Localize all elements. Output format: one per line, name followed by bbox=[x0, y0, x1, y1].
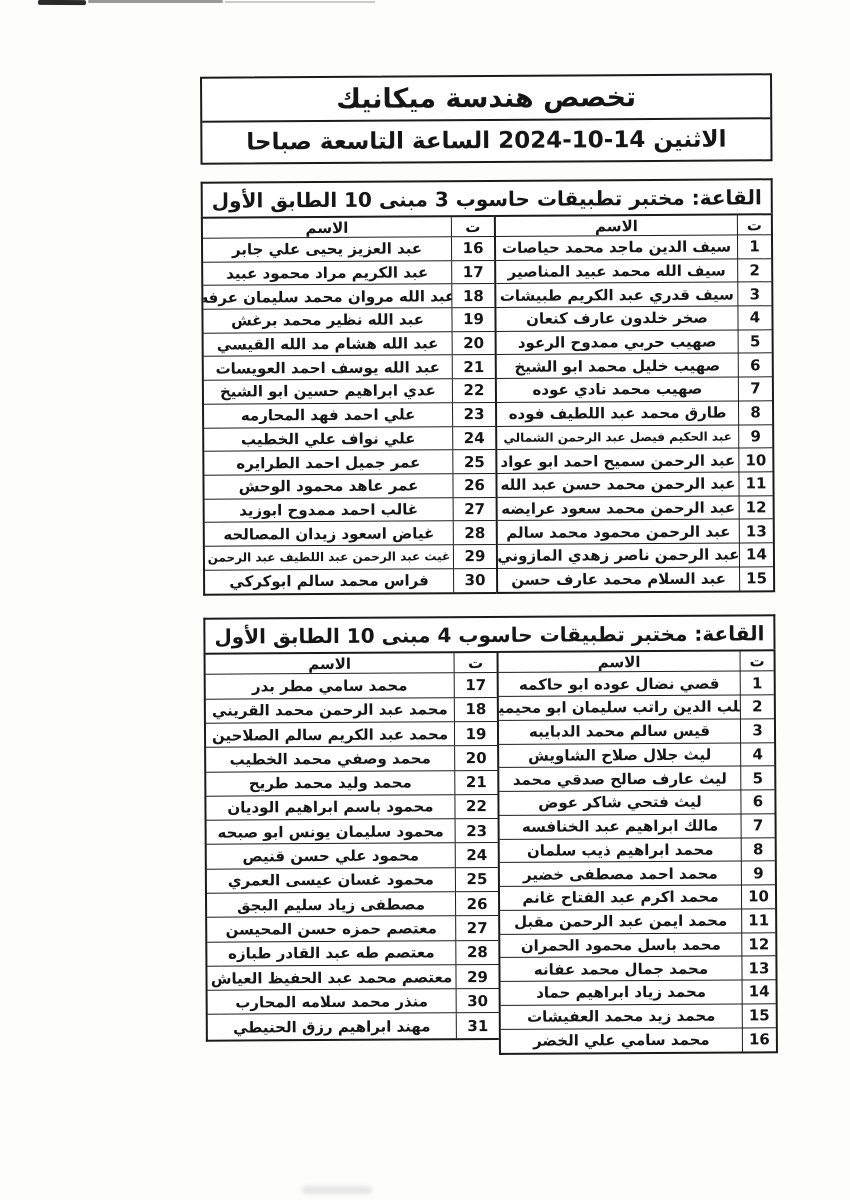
table-row: 25عمر جميل احمد الطرايره bbox=[204, 450, 495, 475]
student-name: محمد عبد الرحمن محمد القريني bbox=[206, 698, 454, 723]
table-row: 13عبد الرحمن محمود محمد سالم bbox=[498, 520, 773, 545]
table-row: 26عمر عاهد محمود الوحش bbox=[204, 474, 495, 499]
student-name: مهند ابراهيم رزق الحنيطي bbox=[208, 1014, 456, 1040]
scan-artifact bbox=[302, 1186, 372, 1194]
table-header-row: ت الاسم bbox=[203, 217, 494, 239]
session-datetime: الاثنين 14-10-2024 الساعة التاسعة صباحا bbox=[202, 119, 770, 162]
table-row: 1قصي نضال عوده ابو حاكمه bbox=[499, 672, 774, 697]
row-serial-number: 7 bbox=[738, 377, 772, 400]
row-serial-number: 15 bbox=[739, 567, 773, 591]
table-row: 4صخر خلدون عارف كنعان bbox=[496, 306, 771, 331]
student-name: محمد سامي علي الخضر bbox=[501, 1028, 742, 1053]
table-row: 30فراس محمد سالم ابوكركي bbox=[205, 569, 496, 594]
row-serial-number: 11 bbox=[738, 472, 772, 495]
table-row: 18عبد الله مروان محمد سليمان عرفه bbox=[203, 284, 494, 309]
student-name: محمود علي حسن قنيص bbox=[207, 844, 455, 869]
student-rows: 1قصي نضال عوده ابو حاكمه2قلب الدين راتب … bbox=[499, 672, 776, 1054]
table-row: 20عبد الله هشام مد الله القيسي bbox=[204, 332, 495, 357]
row-serial-number: 18 bbox=[451, 284, 494, 307]
row-serial-number: 27 bbox=[453, 498, 496, 521]
table-row: 21محمد وليد محمد طريح bbox=[206, 770, 497, 796]
student-name: سيف الله محمد عبيد المناصير bbox=[496, 259, 737, 283]
student-name: غيث عبد الرحمن عبد اللطيف عبد الرحمن bbox=[205, 545, 453, 569]
table-row: 19عبد الله نظير محمد برغش bbox=[203, 308, 494, 333]
table-row: 7مالك ابراهيم عبد الخنافسه bbox=[500, 814, 775, 839]
student-name: عبد الله نظير محمد برغش bbox=[203, 308, 451, 332]
table-row: 12محمد باسل محمود الحمران bbox=[500, 933, 775, 958]
row-serial-number: 2 bbox=[737, 259, 771, 282]
student-name: عبد الكريم مراد محمود عبيد bbox=[203, 261, 451, 285]
row-serial-number: 19 bbox=[454, 722, 497, 746]
table-row: 2قلب الدين راتب سليمان ابو محيميد bbox=[499, 695, 774, 720]
table-row: 3سيف قدري عبد الكريم طبيشات bbox=[496, 283, 771, 308]
table-row: 4ليث جلال صلاح الشاويش bbox=[499, 743, 774, 768]
table-row: 18محمد عبد الرحمن محمد القريني bbox=[206, 698, 497, 724]
student-name: محمد ايمن عبد الرحمن مقبل bbox=[500, 909, 741, 933]
scanned-page: تخصص هندسة ميكانيك الاثنين 14-10-2024 ال… bbox=[0, 0, 850, 1200]
row-serial-number: 20 bbox=[454, 746, 497, 770]
table-row: 31مهند ابراهيم رزق الحنيطي bbox=[208, 1013, 499, 1039]
student-name: محمد ابراهيم ذيب سلمان bbox=[500, 838, 741, 862]
student-name: منذر محمد سلامه المحارب bbox=[208, 989, 456, 1014]
student-name: طارق محمد عبد اللطيف فوده bbox=[497, 401, 738, 425]
row-serial-number: 23 bbox=[452, 403, 495, 426]
row-serial-number: 3 bbox=[737, 283, 771, 306]
row-serial-number: 29 bbox=[453, 545, 496, 568]
table-body: ت الاسم 17محمد سامي مطر بدر18محمد عبد ال… bbox=[204, 650, 778, 1057]
student-name: صخر خلدون عارف كنعان bbox=[496, 307, 737, 331]
table-row: 11عبد الرحمن محمد حسن عبد الله bbox=[497, 472, 772, 497]
student-name: معتصم محمد عبد الحفيظ العياش bbox=[207, 965, 455, 990]
row-serial-number: 26 bbox=[455, 892, 498, 916]
table-row: 17محمد سامي مطر بدر bbox=[206, 673, 497, 699]
student-name: محمد سامي مطر بدر bbox=[206, 674, 454, 699]
student-rows: 16عبد العزيز يحيى علي جابر17عبد الكريم م… bbox=[203, 237, 496, 594]
row-serial-number: 30 bbox=[453, 569, 496, 593]
table-row: 23علي احمد فهد المحارمه bbox=[204, 403, 495, 428]
student-name: ليث عارف صالح صدقي محمد bbox=[499, 767, 740, 791]
row-serial-number: 3 bbox=[740, 719, 774, 742]
student-name: سيف الدين ماجد محمد حياصات bbox=[496, 235, 737, 259]
student-name: عبد السلام محمد عارف حسن bbox=[498, 567, 739, 592]
student-name: عبد الحكيم فيصل عبد الرحمن الشمالي bbox=[497, 425, 738, 449]
student-name: عبد الله هشام مد الله القيسي bbox=[204, 332, 452, 356]
student-name: عمر عاهد محمود الوحش bbox=[204, 474, 452, 498]
student-name: محمود غسان عيسى العمري bbox=[207, 868, 455, 893]
room-title: القاعة: مختبر تطبيقات حاسوب 4 مبنى 10 ال… bbox=[203, 615, 775, 653]
student-name: علي نواف علي الخطيب bbox=[204, 427, 452, 451]
student-name: عبد الرحمن محمد حسن عبد الله bbox=[497, 472, 738, 496]
row-serial-number: 18 bbox=[454, 698, 497, 722]
table-row: 2سيف الله محمد عبيد المناصير bbox=[496, 259, 771, 284]
table-header-row: ت الاسم bbox=[496, 215, 771, 237]
table-row: 20محمد وصفي محمد الخطيب bbox=[206, 746, 497, 772]
row-serial-number: 23 bbox=[455, 819, 498, 843]
student-name: صهيب خليل محمد ابو الشيخ bbox=[497, 354, 738, 378]
table-row: 14محمد زياد ابراهيم حماد bbox=[501, 980, 776, 1005]
table-row: 22محمود باسم ابراهيم الوديان bbox=[206, 795, 497, 821]
row-serial-number: 9 bbox=[738, 425, 772, 448]
serial-column-header: ت bbox=[454, 653, 497, 672]
row-serial-number: 12 bbox=[741, 933, 775, 956]
row-serial-number: 22 bbox=[454, 795, 497, 819]
student-name: غياض اسعود زيدان المصالحه bbox=[205, 521, 453, 545]
row-serial-number: 6 bbox=[738, 354, 772, 377]
table-row: 24علي نواف علي الخطيب bbox=[204, 426, 495, 451]
student-name: غالب احمد ممدوح ابوزيد bbox=[205, 498, 453, 522]
student-name: محمد وليد محمد طريح bbox=[206, 771, 454, 796]
row-serial-number: 5 bbox=[740, 767, 774, 790]
student-name: عمر جميل احمد الطرايره bbox=[204, 450, 452, 474]
table-row: 10محمد اكرم عبد الفتاح غانم bbox=[500, 885, 775, 910]
table-row: 1سيف الدين ماجد محمد حياصات bbox=[496, 235, 771, 260]
row-serial-number: 30 bbox=[456, 989, 499, 1013]
row-serial-number: 8 bbox=[741, 838, 775, 861]
table-row: 21عبد الله يوسف احمد العويسات bbox=[204, 355, 495, 380]
student-name: محمد زيد محمد العفيشات bbox=[501, 1004, 742, 1028]
table-row: 30منذر محمد سلامه المحارب bbox=[208, 989, 499, 1015]
row-serial-number: 12 bbox=[739, 496, 773, 519]
row-serial-number: 15 bbox=[742, 1004, 776, 1027]
table-row: 9عبد الحكيم فيصل عبد الرحمن الشمالي bbox=[497, 425, 772, 450]
row-serial-number: 27 bbox=[455, 916, 498, 940]
row-serial-number: 1 bbox=[740, 672, 774, 695]
table-row: 15محمد زيد محمد العفيشات bbox=[501, 1004, 776, 1029]
student-name: محمد وصفي محمد الخطيب bbox=[206, 746, 454, 771]
table-row: 12عبد الرحمن محمد سعود عرايضه bbox=[498, 496, 773, 521]
row-serial-number: 2 bbox=[740, 695, 774, 718]
student-name: قلب الدين راتب سليمان ابو محيميد bbox=[499, 696, 740, 720]
table-row: 27غالب احمد ممدوح ابوزيد bbox=[205, 498, 496, 523]
table-row: 27معتصم حمزه حسن المحيسن bbox=[207, 916, 498, 942]
serial-column-header: ت bbox=[737, 215, 771, 234]
schedule-sheet: تخصص هندسة ميكانيك الاثنين 14-10-2024 ال… bbox=[200, 73, 778, 1057]
student-name: عبد العزيز يحيى علي جابر bbox=[203, 237, 451, 261]
table-row: 22عدي ابراهيم حسين ابو الشيخ bbox=[204, 379, 495, 404]
row-serial-number: 9 bbox=[741, 862, 775, 885]
row-serial-number: 8 bbox=[738, 401, 772, 424]
row-serial-number: 4 bbox=[737, 306, 771, 329]
student-rows: 17محمد سامي مطر بدر18محمد عبد الرحمن محم… bbox=[206, 673, 499, 1039]
row-serial-number: 17 bbox=[454, 673, 497, 697]
table-row: 28غياض اسعود زيدان المصالحه bbox=[205, 521, 496, 546]
table-row: 19محمد عبد الكريم سالم الصلاحين bbox=[206, 722, 497, 748]
row-serial-number: 25 bbox=[452, 450, 495, 473]
student-name: فراس محمد سالم ابوكركي bbox=[205, 569, 453, 594]
table-left-half: ت الاسم 17محمد سامي مطر بدر18محمد عبد ال… bbox=[204, 651, 499, 1041]
student-name: صهيب حربي ممدوح الرعود bbox=[497, 330, 738, 354]
table-row: 29غيث عبد الرحمن عبد اللطيف عبد الرحمن bbox=[205, 545, 496, 570]
row-serial-number: 26 bbox=[452, 474, 495, 497]
row-serial-number: 19 bbox=[451, 308, 494, 331]
student-name: معتصم حمزه حسن المحيسن bbox=[207, 916, 455, 941]
table-left-half: ت الاسم 16عبد العزيز يحيى علي جابر17عبد … bbox=[201, 215, 496, 596]
student-name: محمد زياد ابراهيم حماد bbox=[501, 981, 742, 1005]
table-body: ت الاسم 16عبد العزيز يحيى علي جابر17عبد … bbox=[201, 213, 775, 596]
table-row: 6ليث فتحي شاكر عوض bbox=[499, 790, 774, 815]
row-serial-number: 24 bbox=[455, 843, 498, 867]
student-name: معتصم طه عبد القادر طبازه bbox=[207, 941, 455, 966]
name-column-header: الاسم bbox=[496, 215, 737, 235]
student-name: عبد الرحمن محمود محمد سالم bbox=[498, 520, 739, 544]
table-row: 7صهيب محمد نادي عوده bbox=[497, 377, 772, 402]
table-right-half: ت الاسم 1قصي نضال عوده ابو حاكمه2قلب الد… bbox=[497, 650, 778, 1056]
student-name: علي احمد فهد المحارمه bbox=[204, 403, 452, 427]
student-name: عبد الله يوسف احمد العويسات bbox=[204, 356, 452, 380]
table-row: 9محمد احمد مصطفى خضير bbox=[500, 862, 775, 887]
table-row: 28معتصم طه عبد القادر طبازه bbox=[207, 941, 498, 967]
table-row: 15عبد السلام محمد عارف حسن bbox=[498, 567, 773, 592]
row-serial-number: 21 bbox=[454, 770, 497, 794]
student-name: مالك ابراهيم عبد الخنافسه bbox=[500, 814, 741, 838]
room-title: القاعة: مختبر تطبيقات حاسوب 3 مبنى 10 ال… bbox=[201, 178, 773, 216]
row-serial-number: 21 bbox=[452, 355, 495, 378]
student-name: عبد الله مروان محمد سليمان عرفه bbox=[203, 285, 451, 309]
student-name: محمود سليمان يونس ابو صبحه bbox=[207, 819, 455, 844]
row-serial-number: 28 bbox=[455, 941, 498, 965]
row-serial-number: 10 bbox=[738, 448, 772, 471]
student-name: محمد عبد الكريم سالم الصلاحين bbox=[206, 722, 454, 747]
row-serial-number: 28 bbox=[453, 521, 496, 544]
student-name: قصي نضال عوده ابو حاكمه bbox=[499, 672, 740, 696]
row-serial-number: 11 bbox=[741, 909, 775, 932]
table-row: 14عبد الرحمن ناصر زهدي المازوني bbox=[498, 543, 773, 568]
row-serial-number: 4 bbox=[740, 743, 774, 766]
scan-artifact bbox=[38, 0, 86, 5]
row-serial-number: 29 bbox=[455, 965, 498, 989]
table-row: 6صهيب خليل محمد ابو الشيخ bbox=[497, 354, 772, 379]
table-row: 16عبد العزيز يحيى علي جابر bbox=[203, 237, 494, 262]
name-column-header: الاسم bbox=[203, 217, 451, 238]
table-header-row: ت الاسم bbox=[499, 652, 774, 674]
row-serial-number: 31 bbox=[456, 1013, 499, 1038]
name-column-header: الاسم bbox=[499, 652, 740, 672]
table-row: 16محمد سامي علي الخضر bbox=[501, 1028, 776, 1053]
name-column-header: الاسم bbox=[206, 654, 454, 675]
scan-artifact bbox=[225, 1, 375, 3]
student-name: ليث فتحي شاكر عوض bbox=[499, 791, 740, 815]
table-row: 5صهيب حربي ممدوح الرعود bbox=[497, 330, 772, 355]
table-right-half: ت الاسم 1سيف الدين ماجد محمد حياصات2سيف … bbox=[494, 213, 775, 594]
row-serial-number: 16 bbox=[451, 237, 494, 260]
row-serial-number: 24 bbox=[452, 426, 495, 449]
room-table-lab3: القاعة: مختبر تطبيقات حاسوب 3 مبنى 10 ال… bbox=[201, 178, 776, 596]
row-serial-number: 14 bbox=[742, 980, 776, 1003]
table-row: 3قيس سالم محمد الدبايبه bbox=[499, 719, 774, 744]
student-name: عبد الرحمن ناصر زهدي المازوني bbox=[498, 543, 739, 567]
serial-column-header: ت bbox=[451, 217, 494, 236]
row-serial-number: 13 bbox=[741, 957, 775, 980]
row-serial-number: 14 bbox=[739, 543, 773, 566]
student-name: محمود باسم ابراهيم الوديان bbox=[206, 795, 454, 820]
row-serial-number: 20 bbox=[452, 332, 495, 355]
table-row: 8محمد ابراهيم ذيب سلمان bbox=[500, 838, 775, 863]
student-name: محمد احمد مصطفى خضير bbox=[500, 862, 741, 886]
table-row: 5ليث عارف صالح صدقي محمد bbox=[499, 767, 774, 792]
row-serial-number: 22 bbox=[452, 379, 495, 402]
table-row: 29معتصم محمد عبد الحفيظ العياش bbox=[207, 965, 498, 991]
student-name: محمد اكرم عبد الفتاح غانم bbox=[500, 886, 741, 910]
row-serial-number: 1 bbox=[737, 235, 771, 258]
table-row: 8طارق محمد عبد اللطيف فوده bbox=[497, 401, 772, 426]
table-row: 17عبد الكريم مراد محمود عبيد bbox=[203, 261, 494, 286]
specialization-title: تخصص هندسة ميكانيك bbox=[202, 75, 770, 122]
table-row: 10عبد الرحمن سميح احمد ابو عواد bbox=[497, 448, 772, 473]
table-row: 11محمد ايمن عبد الرحمن مقبل bbox=[500, 909, 775, 934]
student-name: محمد جمال محمد عفانه bbox=[500, 957, 741, 981]
student-name: عبد الرحمن سميح احمد ابو عواد bbox=[497, 449, 738, 473]
row-serial-number: 25 bbox=[455, 868, 498, 892]
table-header-row: ت الاسم bbox=[206, 653, 497, 675]
row-serial-number: 16 bbox=[742, 1028, 776, 1052]
row-serial-number: 17 bbox=[451, 261, 494, 284]
row-serial-number: 13 bbox=[739, 520, 773, 543]
student-name: سيف قدري عبد الكريم طبيشات bbox=[496, 283, 737, 307]
scan-artifact bbox=[88, 0, 223, 3]
student-name: مصطفى زياد سليم البجق bbox=[207, 892, 455, 917]
student-name: قيس سالم محمد الدبايبه bbox=[499, 719, 740, 743]
table-row: 23محمود سليمان يونس ابو صبحه bbox=[207, 819, 498, 845]
table-row: 26مصطفى زياد سليم البجق bbox=[207, 892, 498, 918]
table-row: 25محمود غسان عيسى العمري bbox=[207, 868, 498, 894]
document-header: تخصص هندسة ميكانيك الاثنين 14-10-2024 ال… bbox=[200, 73, 773, 164]
student-name: عدي ابراهيم حسين ابو الشيخ bbox=[204, 379, 452, 403]
row-serial-number: 6 bbox=[740, 790, 774, 813]
row-serial-number: 7 bbox=[741, 814, 775, 837]
row-serial-number: 5 bbox=[738, 330, 772, 353]
student-name: صهيب محمد نادي عوده bbox=[497, 378, 738, 402]
row-serial-number: 10 bbox=[741, 885, 775, 908]
table-row: 13محمد جمال محمد عفانه bbox=[500, 957, 775, 982]
room-table-lab4: القاعة: مختبر تطبيقات حاسوب 4 مبنى 10 ال… bbox=[203, 615, 778, 1057]
serial-column-header: ت bbox=[740, 652, 774, 671]
student-name: محمد باسل محمود الحمران bbox=[500, 933, 741, 957]
student-name: عبد الرحمن محمد سعود عرايضه bbox=[498, 496, 739, 520]
table-row: 24محمود علي حسن قنيص bbox=[207, 843, 498, 869]
student-name: ليث جلال صلاح الشاويش bbox=[499, 743, 740, 767]
student-rows: 1سيف الدين ماجد محمد حياصات2سيف الله محم… bbox=[496, 235, 773, 592]
